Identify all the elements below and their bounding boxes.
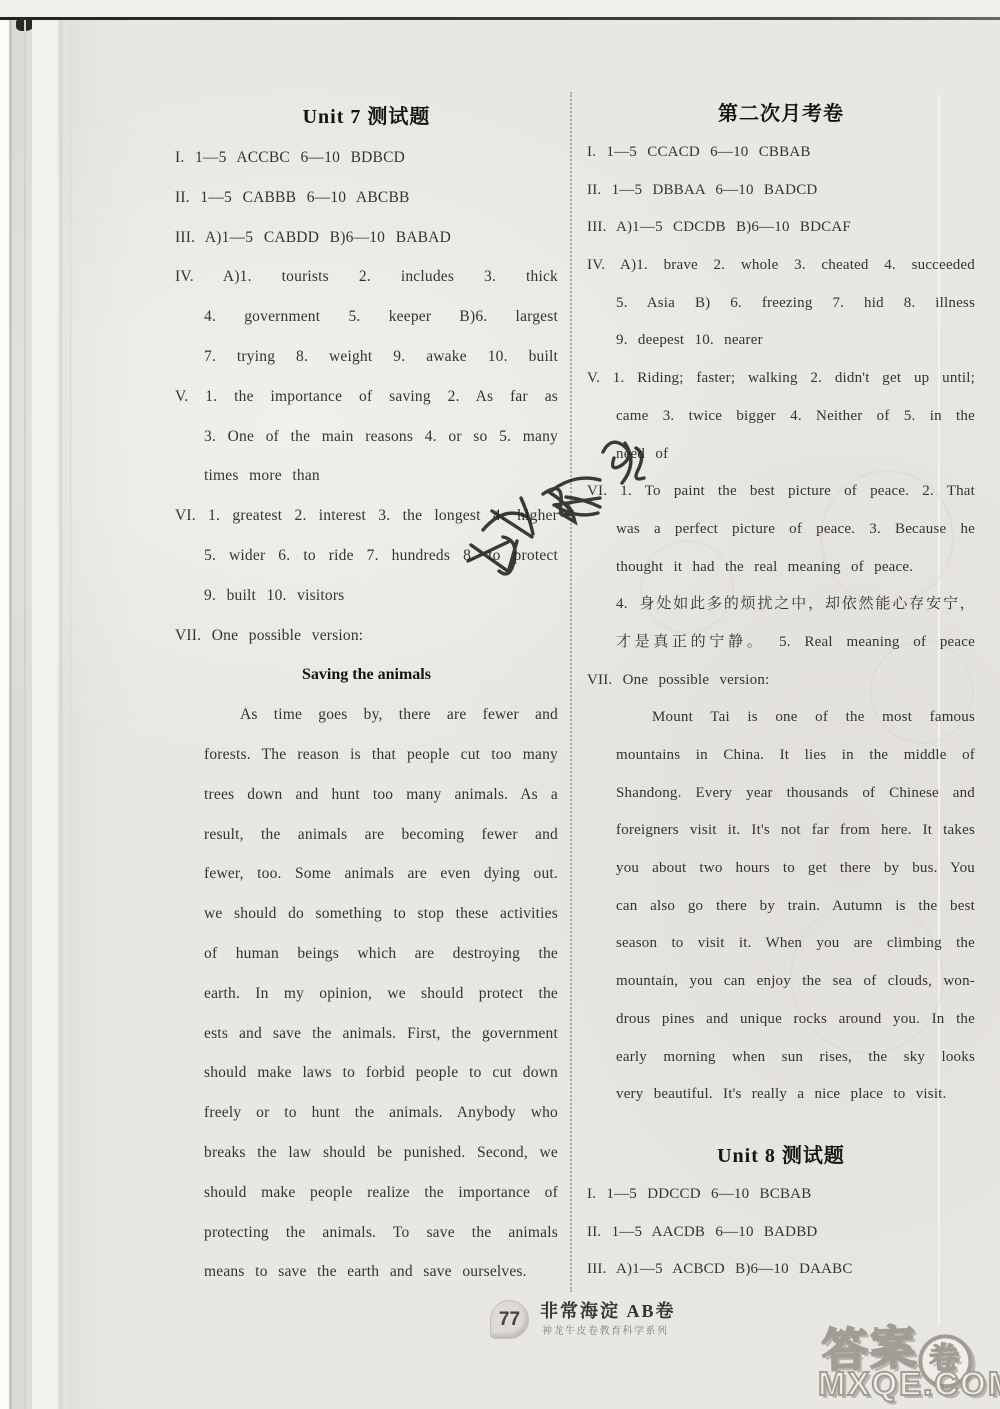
monthly-exam-essay: Mount Tai is one of the most famousmount…	[587, 699, 975, 1114]
right-column: 第二次月考卷 I. 1—5 CCACD 6—10 CBBABII. 1—5 DB…	[587, 94, 975, 1289]
section-title-monthly-exam: 第二次月考卷	[587, 94, 975, 134]
left-column: Unit 7 测试题 I. 1—5 ACCBC 6—10 BDBCDII. 1—…	[175, 96, 558, 1292]
text-line: I. 1—5 ACCBC 6—10 BDBCD	[175, 138, 558, 178]
text-line: V. 1. the importance of saving 2. As far…	[175, 377, 558, 417]
watermark-url: MXQE.COM	[818, 1365, 1000, 1403]
page-edge-band	[70, 20, 71, 1409]
text-line: foreigners visit it. It's not far from h…	[587, 812, 975, 850]
text-line: came 3. twice bigger 4. Neither of 5. in…	[587, 398, 975, 436]
text-line: breaks the law should be punished. Secon…	[175, 1133, 558, 1173]
text-line: Shandong. Every year thousands of Chines…	[587, 775, 975, 813]
text-line: I. 1—5 DDCCD 6—10 BCBAB	[587, 1176, 975, 1214]
text-line: VII. One possible version:	[587, 662, 975, 700]
text-line: 才是真正的宁静。 5. Real meaning of peace	[587, 624, 975, 662]
text-line: Mount Tai is one of the most famous	[587, 699, 975, 737]
text-line: should make laws to forbid people to cut…	[175, 1053, 558, 1093]
text-line: ests and save the animals. First, the go…	[175, 1014, 558, 1054]
text-line: forests. The reason is that people cut t…	[175, 735, 558, 775]
page-edge-band	[0, 20, 9, 1409]
text-line: means to save the earth and save ourselv…	[175, 1252, 558, 1292]
text-line: 4. government 5. keeper B)6. largest	[175, 297, 558, 337]
text-line: 5. wider 6. to ride 7. hundreds 8. to pr…	[175, 536, 558, 576]
essay-title: Saving the animals	[175, 655, 558, 695]
text-line: III. A)1—5 CABDD B)6—10 BABAD	[175, 218, 558, 258]
text-line: earth. In my opinion, we should protect …	[175, 974, 558, 1014]
text-line: VI. 1. greatest 2. interest 3. the longe…	[175, 496, 558, 536]
text-line: fewer, too. Some animals are even dying …	[175, 854, 558, 894]
page-edge-band	[24, 20, 26, 1409]
text-line: times more than	[175, 456, 558, 496]
monthly-exam-answers: I. 1—5 CCACD 6—10 CBBABII. 1—5 DBBAA 6—1…	[587, 134, 975, 699]
text-line: 5. Asia B) 6. freezing 7. hid 8. illness	[587, 285, 975, 323]
text-line: V. 1. Riding; faster; walking 2. didn't …	[587, 360, 975, 398]
text-line: 9. built 10. visitors	[175, 576, 558, 616]
text-line: need of	[587, 436, 975, 474]
text-line: early morning when sun rises, the sky lo…	[587, 1039, 975, 1077]
section-title-unit8: Unit 8 测试题	[587, 1136, 975, 1176]
page-number-badge: 77	[490, 1300, 529, 1339]
text-line: result, the animals are becoming fewer a…	[175, 815, 558, 855]
unit8-answers: I. 1—5 DDCCD 6—10 BCBABII. 1—5 AACDB 6—1…	[587, 1176, 975, 1289]
text-line: IV. A)1. tourists 2. includes 3. thick	[175, 257, 558, 297]
text-line: was a perfect picture of peace. 3. Becau…	[587, 511, 975, 549]
page-edge-band	[60, 20, 62, 1409]
text-line: very beautiful. It's really a nice place…	[587, 1076, 975, 1114]
unit7-answers: I. 1—5 ACCBC 6—10 BDBCDII. 1—5 CABBB 6—1…	[175, 138, 558, 655]
text-line: I. 1—5 CCACD 6—10 CBBAB	[587, 134, 975, 172]
scanned-answer-page: Unit 7 测试题 I. 1—5 ACCBC 6—10 BDBCDII. 1—…	[0, 0, 1000, 1409]
text-line: 9. deepest 10. nearer	[587, 322, 975, 360]
text-line: 3. One of the main reasons 4. or so 5. m…	[175, 417, 558, 457]
scan-top-margin	[0, 0, 1000, 17]
text-line: 4. 身处如此多的烦扰之中，却依然能心存安宁，	[587, 586, 975, 624]
page-edge-band	[9, 20, 12, 1409]
text-line: mountain, you can enjoy the sea of cloud…	[587, 963, 975, 1001]
text-line: freely or to hunt the animals. Anybody w…	[175, 1093, 558, 1133]
text-line: VII. One possible version:	[175, 616, 558, 656]
section-title-unit7: Unit 7 测试题	[175, 96, 558, 138]
text-line: you about two hours to get there by bus.…	[587, 850, 975, 888]
text-line: 7. trying 8. weight 9. awake 10. built	[175, 337, 558, 377]
brand-subtitle: 神龙牛皮卷教育科学系列	[542, 1322, 669, 1337]
text-line: II. 1—5 AACDB 6—10 BADBD	[587, 1214, 975, 1252]
text-line: can also go there by train. Autumn is th…	[587, 888, 975, 926]
text-line: protecting the animals. To save the anim…	[175, 1213, 558, 1253]
page-edge-band	[32, 20, 58, 1409]
text-line: mountains in China. It lies in the middl…	[587, 737, 975, 775]
text-line: season to visit it. When you are climbin…	[587, 925, 975, 963]
text-line: VI. 1. To paint the best picture of peac…	[587, 473, 975, 511]
text-line: As time goes by, there are fewer and few…	[175, 695, 558, 735]
text-line: of human beings which are destroying the	[175, 934, 558, 974]
text-line: should make people realize the importanc…	[175, 1173, 558, 1213]
text-line: III. A)1—5 CDCDB B)6—10 BDCAF	[587, 209, 975, 247]
text-line: drous pines and unique rocks around you.…	[587, 1001, 975, 1039]
text-line: thought it had the real meaning of peace…	[587, 549, 975, 587]
text-line: trees down and hunt too many animals. As…	[175, 775, 558, 815]
text-line: III. A)1—5 ACBCD B)6—10 DAABC	[587, 1251, 975, 1289]
brand-title: 非常海淀 AB卷	[540, 1297, 676, 1323]
text-line: II. 1—5 DBBAA 6—10 BADCD	[587, 172, 975, 210]
column-divider	[570, 92, 572, 1292]
text-line: II. 1—5 CABBB 6—10 ABCBB	[175, 178, 558, 218]
text-line: IV. A)1. brave 2. whole 3. cheated 4. su…	[587, 247, 975, 285]
scan-edge-line	[0, 17, 1000, 20]
unit7-essay: As time goes by, there are fewer and few…	[175, 695, 558, 1292]
text-line: we should do something to stop these act…	[175, 894, 558, 934]
